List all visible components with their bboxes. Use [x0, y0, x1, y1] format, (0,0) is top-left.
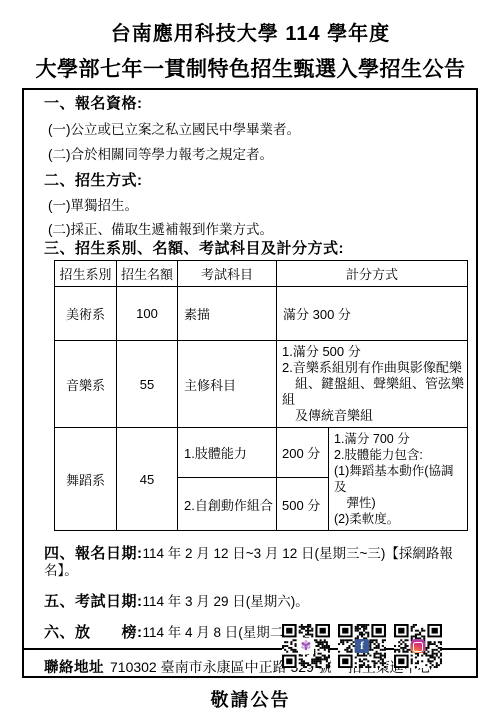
section-2-item-2: (二)採正、備取生遞補報到作業方式。 [48, 221, 464, 238]
section-5-text: 114 年 3 月 29 日(星期六)。 [143, 594, 309, 609]
table-row-music: 音樂系 55 主修科目 1.滿分 500 分 2.音樂系組別有作曲與影像配樂 組… [55, 341, 468, 428]
col-header-dept: 招生系別 [55, 261, 117, 287]
qr-code-row: ✾ f [282, 624, 442, 668]
page-title: 台南應用科技大學 114 學年度 大學部七年一貫制特色招生甄選入學招生公告 [0, 0, 501, 83]
title-line-2: 大學部七年一貫制特色招生甄選入學招生公告 [0, 53, 501, 83]
announcement-body-box: 一、報名資格: (一)公立或已立案之私立國民中學畢業者。 (二)合於相關同等學力… [22, 88, 478, 678]
title-line-1: 台南應用科技大學 114 學年度 [0, 17, 501, 46]
facebook-icon: f [355, 639, 369, 653]
section-2-item-1: (一)單獨招生。 [48, 197, 464, 214]
table-header-row: 招生系別 招生名額 考試科目 計分方式 [55, 261, 468, 287]
qr-code-school-icon: ✾ [282, 624, 330, 668]
announcement-page: 台南應用科技大學 114 學年度 大學部七年一貫制特色招生甄選入學招生公告 一、… [0, 0, 501, 723]
cell-scoring: 1.滿分 500 分 2.音樂系組別有作曲與影像配樂 組、鍵盤組、聲樂組、管弦樂… [277, 341, 468, 428]
cell-dept: 音樂系 [55, 341, 117, 428]
cell-score-2: 500 分 [277, 478, 329, 531]
section-5-date-line: 五、考試日期:114 年 3 月 29 日(星期六)。 [44, 593, 464, 610]
cell-quota: 100 [117, 287, 178, 341]
admission-table: 招生系別 招生名額 考試科目 計分方式 美術系 100 素描 滿分 300 分 … [54, 260, 468, 531]
col-header-quota: 招生名額 [117, 261, 178, 287]
cell-quota: 45 [117, 428, 178, 531]
cell-subject-1: 1.肢體能力 [178, 428, 277, 478]
qr-code-instagram-icon [394, 624, 442, 668]
cell-scoring: 滿分 300 分 [277, 287, 468, 341]
qr-code-facebook-icon: f [338, 624, 386, 668]
section-4-label: 四、報名日期: [44, 545, 143, 562]
section-1-heading: 一、報名資格: [44, 94, 464, 113]
section-3-heading: 三、招生系別、名額、考試科目及計分方式: [44, 239, 464, 258]
cell-scoring: 1.滿分 700 分 2.肢體能力包含: (1)舞蹈基本動作(協調及 彈性) (… [329, 428, 468, 531]
cell-score-1: 200 分 [277, 428, 329, 478]
section-2-heading: 二、招生方式: [44, 171, 464, 190]
col-header-scoring: 計分方式 [277, 261, 468, 287]
cell-subject: 主修科目 [178, 341, 277, 428]
col-header-subject: 考試科目 [178, 261, 277, 287]
table-row-dance-1: 舞蹈系 45 1.肢體能力 200 分 1.滿分 700 分 2.肢體能力包含:… [55, 428, 468, 478]
cell-dept: 舞蹈系 [55, 428, 117, 531]
footer-note: 敬請公告 [0, 686, 501, 712]
cell-dept: 美術系 [55, 287, 117, 341]
section-1-item-1: (一)公立或已立案之私立國民中學畢業者。 [48, 121, 464, 138]
section-6-label: 六、放 榜: [44, 624, 143, 641]
instagram-icon [411, 639, 425, 653]
contact-address-label: 聯絡地址 [44, 658, 110, 678]
cell-subject: 素描 [178, 287, 277, 341]
section-5-label: 五、考試日期: [44, 593, 143, 610]
section-4-date-line: 四、報名日期:114 年 2 月 12 日~3 月 12 日(星期三~三)【採網… [44, 545, 464, 579]
table-row-art: 美術系 100 素描 滿分 300 分 [55, 287, 468, 341]
school-flower-logo-icon: ✾ [298, 638, 314, 654]
section-6-text: 114 年 4 月 8 日(星期二)。 [143, 625, 302, 640]
cell-subject-2: 2.自創動作組合 [178, 478, 277, 531]
cell-quota: 55 [117, 341, 178, 428]
section-1-item-2: (二)合於相關同等學力報考之規定者。 [48, 146, 464, 163]
